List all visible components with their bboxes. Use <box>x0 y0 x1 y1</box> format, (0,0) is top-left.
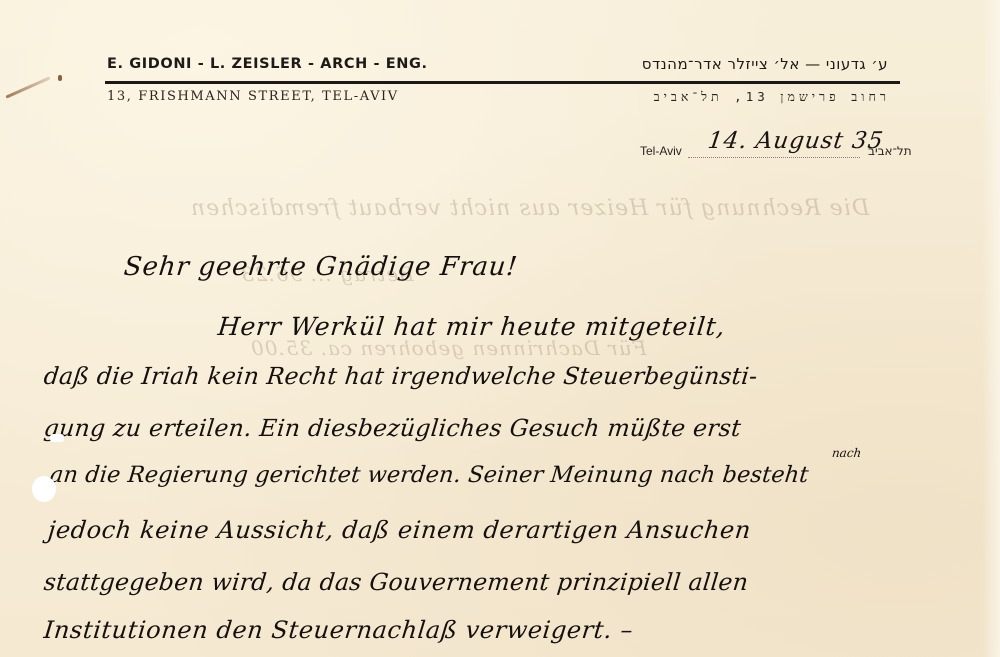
letterhead-address-latin: 13, FRISHMANN STREET, TEL-AVIV <box>107 89 399 104</box>
date-city-latin: Tel-Aviv <box>640 144 682 158</box>
letter-line: Herr Werkül hat mir heute mitgeteilt, <box>216 312 726 341</box>
ink-stain-dot <box>58 75 62 81</box>
letterhead-firm-hebrew: ע׳ גדעוני — אל׳ צייזלר אדר־מהנדס <box>642 55 888 73</box>
date-city-hebrew: תל־אביב <box>868 144 912 158</box>
letter-line: gung zu erteilen. Ein diesbezügliches Ge… <box>43 414 743 442</box>
letterhead-firm-latin: E. GIDONI - L. ZEISLER - ARCH - ENG. <box>107 56 428 72</box>
salutation: Sehr geehrte Gnädige Frau! <box>122 252 519 282</box>
handwritten-date: 14. August 35 <box>706 128 885 154</box>
bleed-through-text: Die Rechnung für Heizer aus nicht verbau… <box>190 196 869 221</box>
letterhead-address-hebrew: רחוב פרישמן 13, תל־אביב <box>654 89 890 105</box>
paper-tear <box>50 434 64 442</box>
ink-stain-mark <box>5 76 50 98</box>
letter-line: Institutionen den Steuernachlaß verweige… <box>43 616 635 644</box>
letter-line: jedoch keine Aussicht, daß einem derarti… <box>47 516 753 544</box>
letter-line: daß die Iriah kein Recht hat irgendwelch… <box>43 362 759 390</box>
letterhead-rule <box>105 81 900 84</box>
insertion-above-line: nach <box>831 446 862 460</box>
scanned-letter: Die Rechnung für Heizer aus nicht verbau… <box>0 0 1000 657</box>
date-dotted-line <box>688 157 860 158</box>
letter-line: an die Regierung gerichtet werden. Seine… <box>49 462 810 488</box>
letter-line: stattgegeben wird, da das Gouvernement p… <box>43 568 750 596</box>
punch-hole <box>32 476 56 502</box>
paper-edge <box>982 0 1000 657</box>
